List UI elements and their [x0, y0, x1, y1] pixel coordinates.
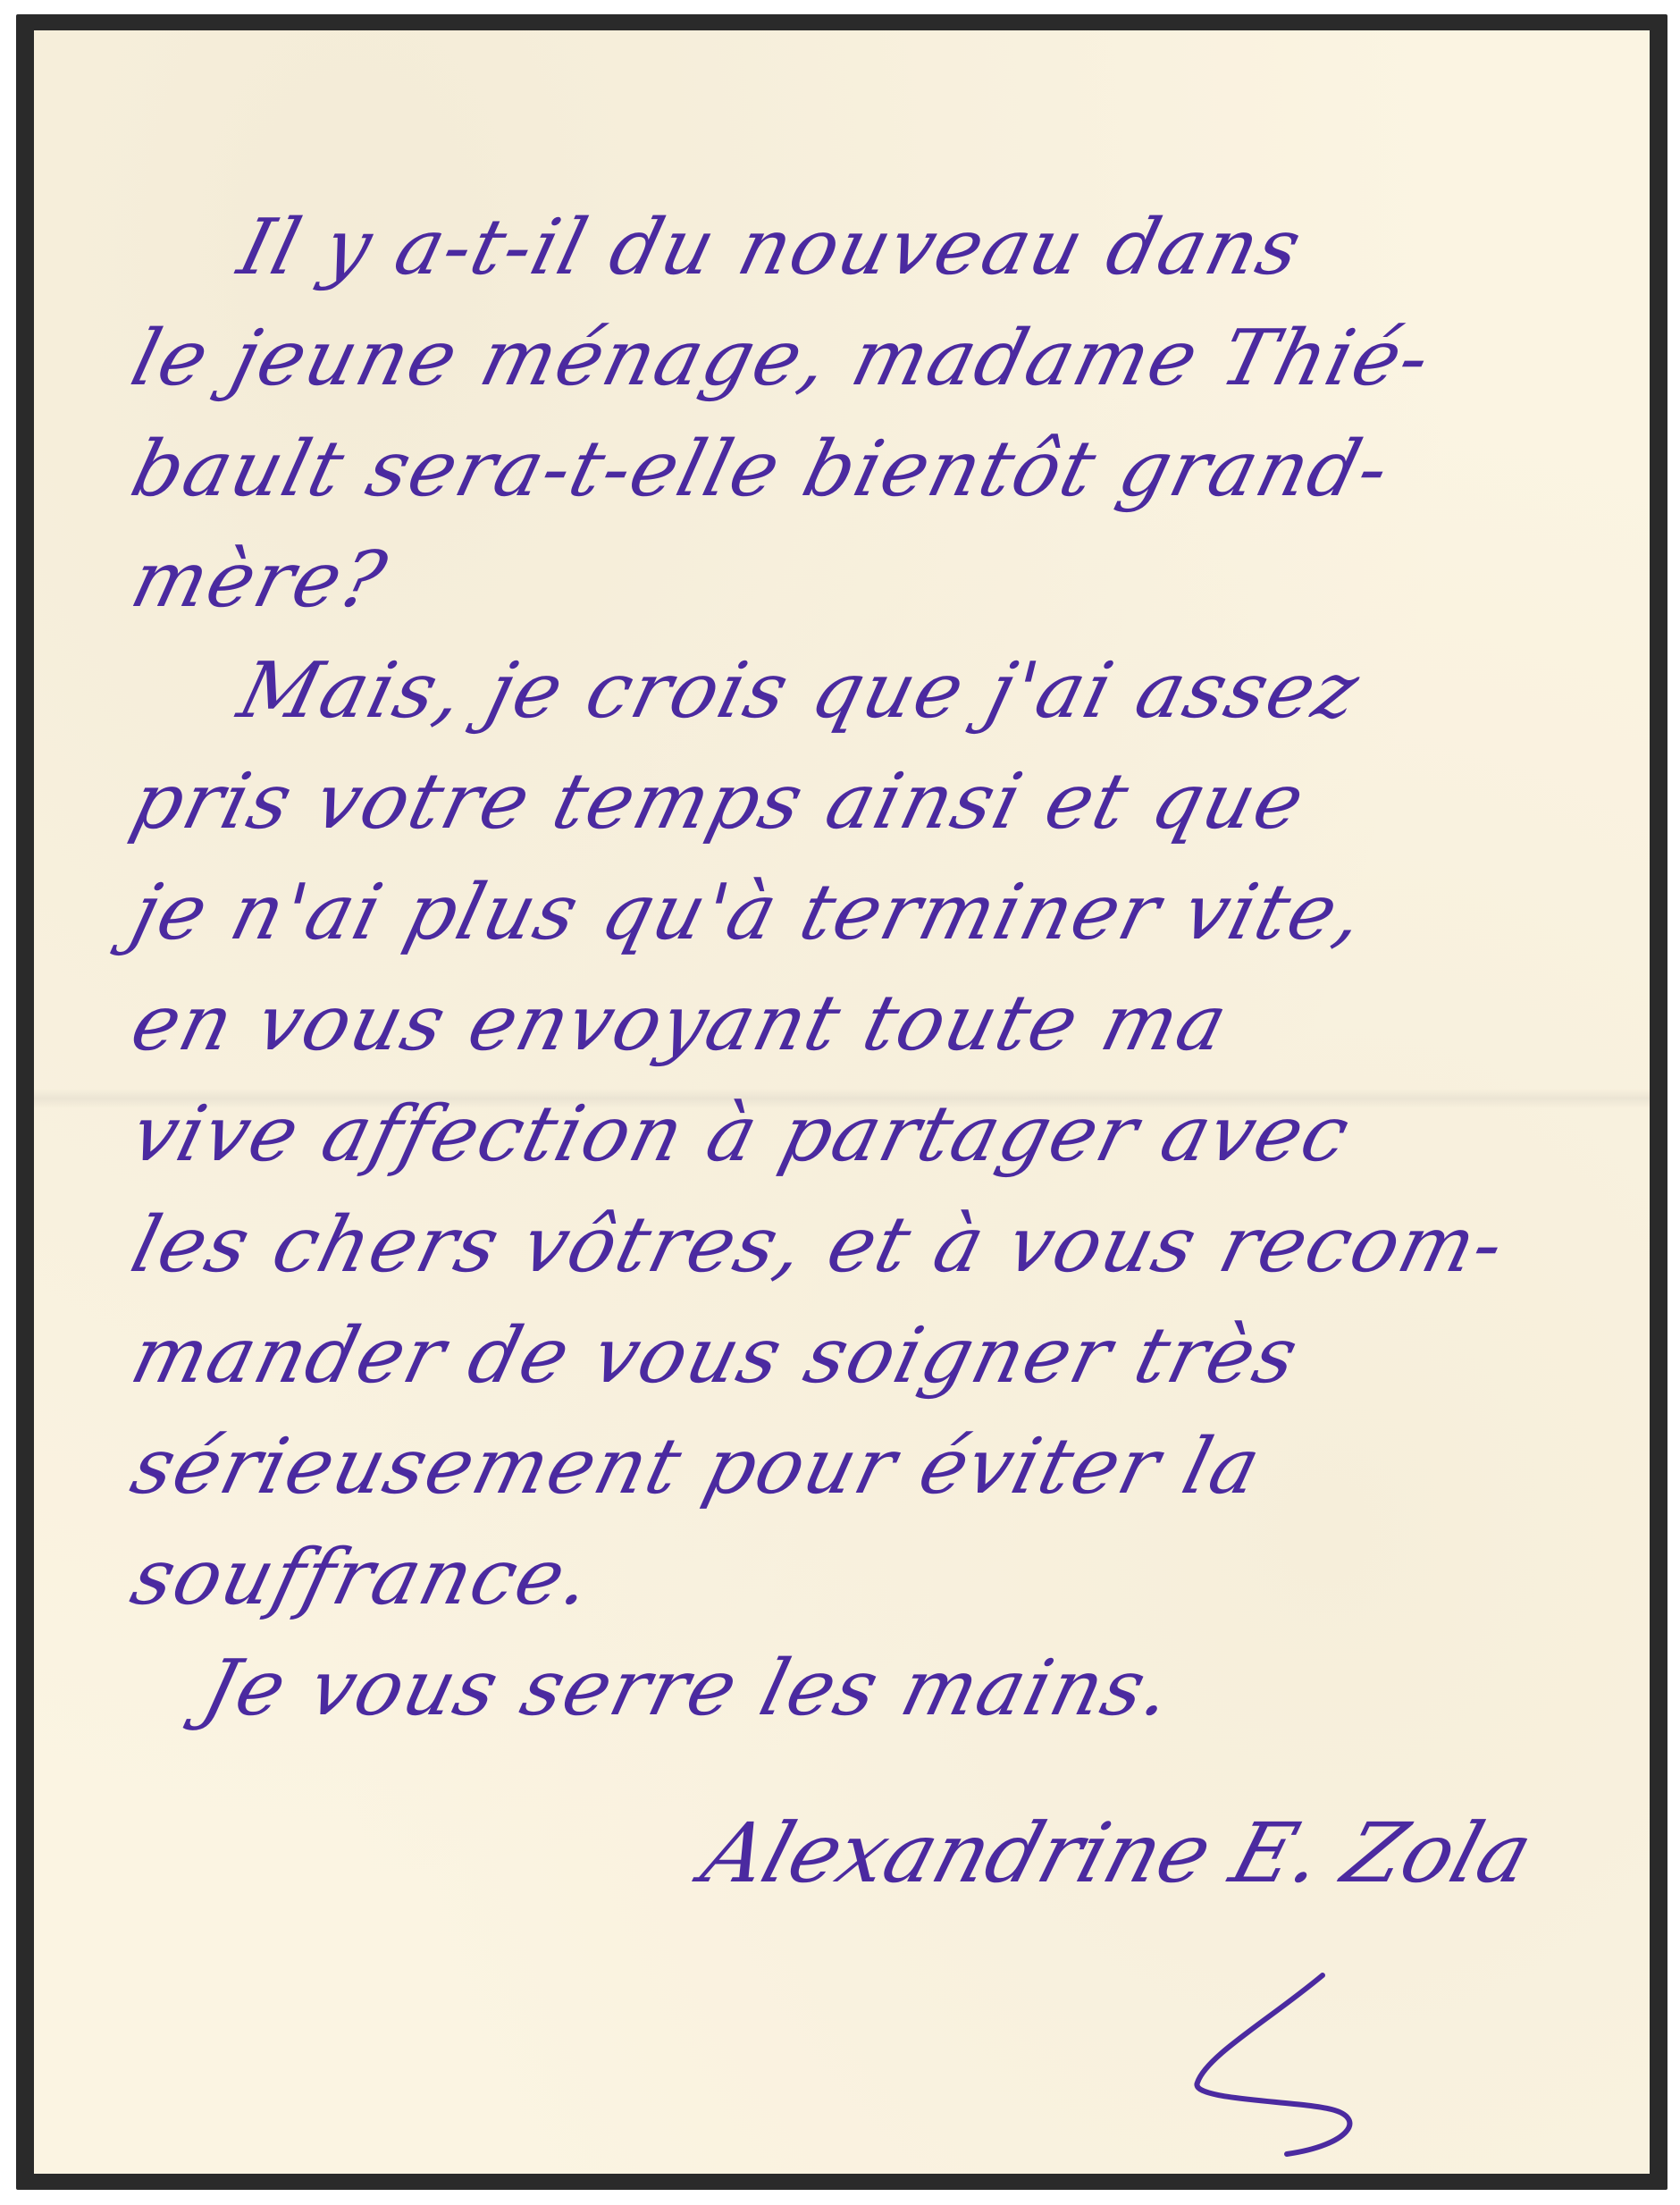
letter-body: Il y a-t-il du nouveau dans le jeune mén… [134, 192, 1582, 1744]
letter-line: le jeune ménage, madame Thié- [121, 303, 1596, 414]
letter-line: pris votre temps ainsi et que [121, 746, 1596, 857]
paragraph-2: Mais, je crois que j'ai assez pris votre… [134, 635, 1582, 1633]
closing-paragraph: Je vous serre les mains. [134, 1633, 1582, 1744]
letter-line: Mais, je crois que j'ai assez [121, 635, 1596, 746]
letter-line: mère? [121, 525, 1596, 635]
letter-line: les chers vôtres, et à vous recom- [121, 1190, 1596, 1300]
letter-line: en vous envoyant toute ma [121, 968, 1596, 1079]
letter-line: mander de vous soigner très [121, 1300, 1596, 1411]
closing-line: Je vous serre les mains. [121, 1633, 1596, 1744]
letter-line: sérieusement pour éviter la [121, 1411, 1596, 1522]
letter-line: vive affection à partager avec [121, 1079, 1596, 1190]
letter-line: bault sera-t-elle bientôt grand- [121, 414, 1596, 525]
letter-line: je n'ai plus qu'à terminer vite, [121, 857, 1596, 968]
letter-line: souffrance. [121, 1522, 1596, 1633]
signature: Alexandrine E. Zola [693, 1805, 1542, 1901]
paragraph-1: Il y a-t-il du nouveau dans le jeune mén… [134, 192, 1582, 635]
letter-line: Il y a-t-il du nouveau dans [121, 192, 1596, 303]
signature-flourish-icon [1189, 1966, 1385, 2163]
